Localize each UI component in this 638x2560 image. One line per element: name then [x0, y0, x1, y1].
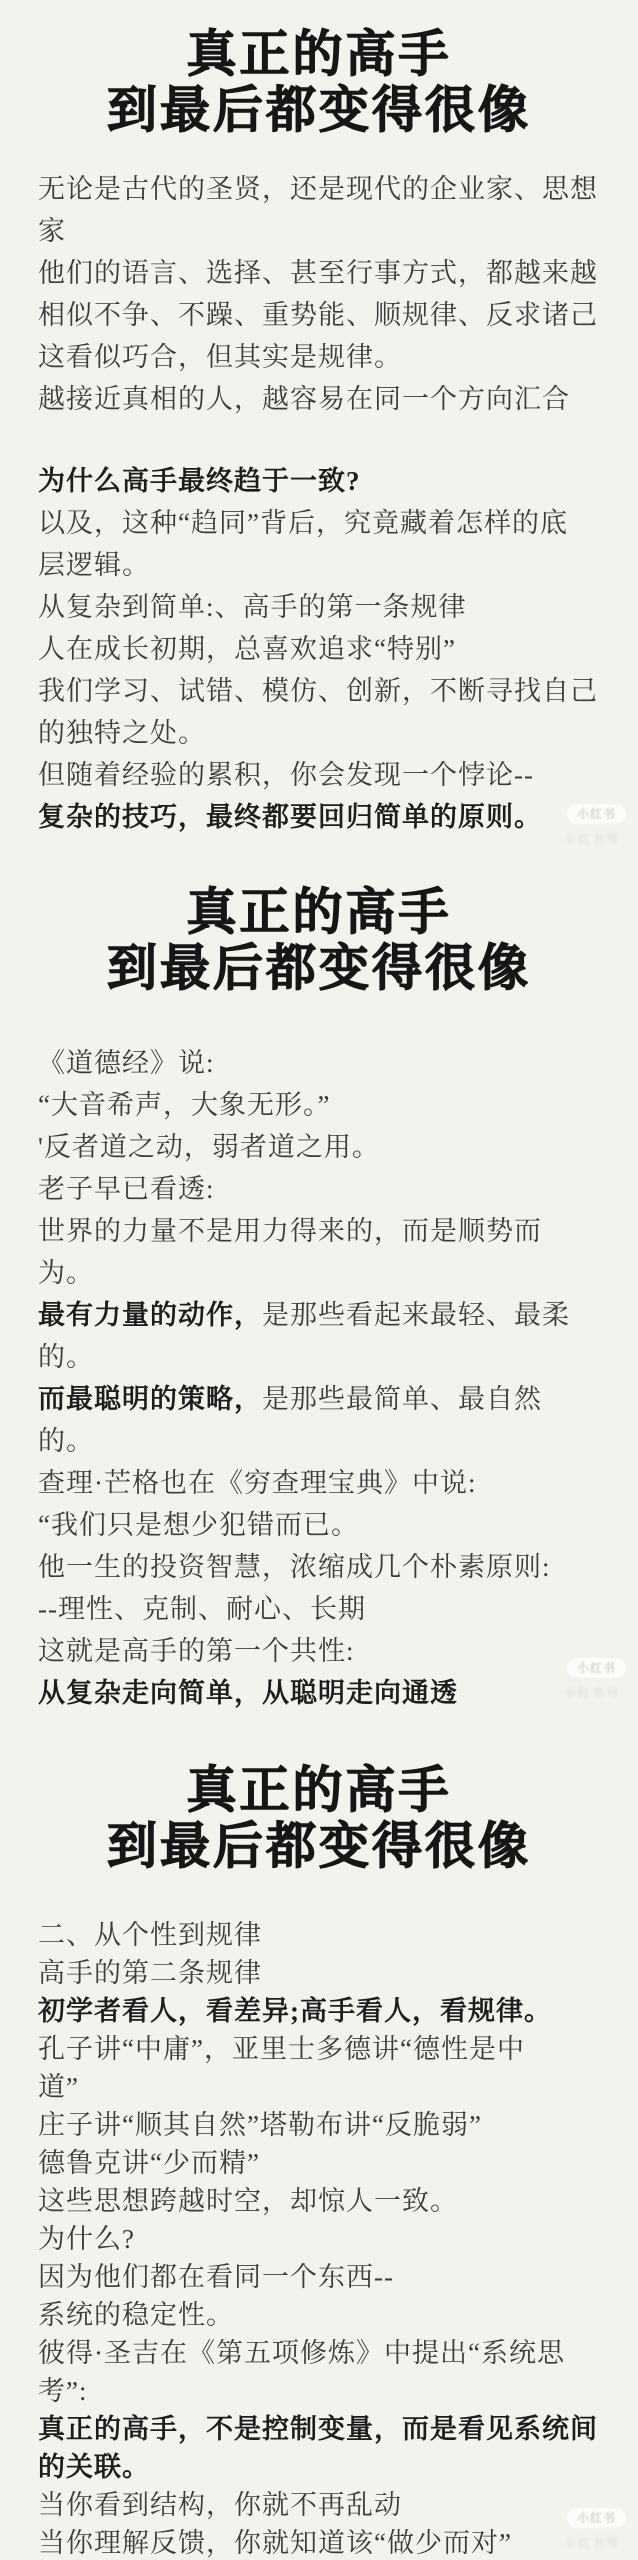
text-run: “我们只是想少犯错而已。: [38, 1510, 359, 1540]
text-run: 为什么高手最终趋于一致?: [38, 466, 361, 496]
text-line: 为。: [38, 1252, 600, 1294]
text-line: 彼得·圣吉在《第五项修炼》中提出“系统思: [38, 2334, 600, 2372]
text-run: 庄子讲“顺其自然”塔勒布讲“反脆弱”: [38, 2110, 482, 2140]
text-line: 庄子讲“顺其自然”塔勒布讲“反脆弱”: [38, 2106, 600, 2144]
title-line: 真正的高手: [0, 884, 638, 940]
title-line: 真正的高手: [0, 26, 638, 82]
text-line: 当你看到结构，你就不再乱动: [38, 2486, 600, 2524]
text-line: 初学者看人，看差异;高手看人，看规律。: [38, 1992, 600, 2030]
text-line: 老子早已看透:: [38, 1168, 600, 1210]
title-line: 到最后都变得很像: [0, 940, 638, 996]
text-run: 德鲁克讲“少而精”: [38, 2148, 260, 2178]
text-run: 世界的力量不是用力得来的，而是顺势而: [38, 1216, 542, 1246]
text-run: “大音希声，大象无形。”: [38, 1090, 330, 1120]
title-line: 到最后都变得很像: [0, 82, 638, 138]
section-body: 《道德经》说:“大音希声，大象无形。”'反者道之动，弱者道之用。老子早已看透:世…: [0, 1042, 638, 1714]
text-run: 《道德经》说:: [38, 1048, 215, 1078]
text-run: 越接近真相的人，越容易在同一个方向汇合: [38, 384, 570, 414]
text-line: 层逻辑。: [38, 544, 600, 586]
text-run: 相似不争、不躁、重势能、顺规律、反求诸己: [38, 300, 598, 330]
text-line: 家: [38, 210, 600, 252]
section-title: 真正的高手到最后都变得很像: [0, 1762, 638, 1874]
post-content: 真正的高手到最后都变得很像无论是古代的圣贤，还是现代的企业家、思想家他们的语言、…: [0, 0, 638, 2560]
text-run: 这看似巧合，但其实是规律。: [38, 342, 402, 372]
text-line: 为什么?: [38, 2220, 600, 2258]
section-2: 真正的高手到最后都变得很像《道德经》说:“大音希声，大象无形。”'反者道之动，弱…: [0, 884, 638, 1714]
section-body: 无论是古代的圣贤，还是现代的企业家、思想家他们的语言、选择、甚至行事方式，都越来…: [0, 168, 638, 838]
text-run: 我们学习、试错、模仿、创新，不断寻找自己: [38, 676, 598, 706]
text-run: 是那些最简单、最自然: [262, 1384, 542, 1414]
text-run: 当你理解反馈，你就知道该“做少而对”: [38, 2528, 512, 2558]
text-run: 从复杂走向简单，从聪明走向通透: [38, 1678, 458, 1708]
text-run: 初学者看人，看差异;高手看人，看规律。: [38, 1996, 552, 2026]
text-line: 《道德经》说:: [38, 1042, 600, 1084]
text-line: 为什么高手最终趋于一致?: [38, 460, 600, 502]
text-line: 道”: [38, 2068, 600, 2106]
text-run: 孔子讲“中庸”，亚里士多德讲“德性是中: [38, 2034, 525, 2064]
text-line: 真正的高手，不是控制变量，而是看见系统间: [38, 2410, 600, 2448]
text-run: 但随着经验的累积，你会发现一个悖论--: [38, 760, 534, 790]
text-run: 老子早已看透:: [38, 1174, 215, 1204]
text-run: 为。: [38, 1258, 94, 1288]
text-run: 二、从个性到规律: [38, 1920, 262, 1950]
text-run: 高手的第二条规律: [38, 1958, 262, 1988]
text-line: 这些思想跨越时空，却惊人一致。: [38, 2182, 600, 2220]
text-line: 当你理解反馈，你就知道该“做少而对”: [38, 2524, 600, 2560]
text-line: 这就是高手的第一个共性:: [38, 1630, 600, 1672]
text-line: 的。: [38, 1420, 600, 1462]
text-line: 他一生的投资智慧，浓缩成几个朴素原则:: [38, 1546, 600, 1588]
text-line: “我们只是想少犯错而已。: [38, 1504, 600, 1546]
text-line: '反者道之动，弱者道之用。: [38, 1126, 600, 1168]
text-run: 这就是高手的第一个共性:: [38, 1636, 355, 1666]
text-line: 但随着经验的累积，你会发现一个悖论--: [38, 754, 600, 796]
text-run: 他一生的投资智慧，浓缩成几个朴素原则:: [38, 1552, 551, 1582]
section-title: 真正的高手到最后都变得很像: [0, 884, 638, 996]
section-3: 真正的高手到最后都变得很像二、从个性到规律高手的第二条规律初学者看人，看差异;高…: [0, 1762, 638, 2560]
text-line: 的关联。: [38, 2448, 600, 2486]
text-line: 系统的稳定性。: [38, 2296, 600, 2334]
text-line: 他们的语言、选择、甚至行事方式，都越来越: [38, 252, 600, 294]
text-line: 而最聪明的策略，是那些最简单、最自然: [38, 1378, 600, 1420]
text-run: 彼得·圣吉在《第五项修炼》中提出“系统思: [38, 2338, 565, 2368]
text-line: 以及，这种“趋同”背后，究竟藏着怎样的底: [38, 502, 600, 544]
text-line: 孔子讲“中庸”，亚里士多德讲“德性是中: [38, 2030, 600, 2068]
text-line: 世界的力量不是用力得来的，而是顺势而: [38, 1210, 600, 1252]
text-run: 家: [38, 216, 66, 246]
text-run: 而最聪明的策略，: [38, 1384, 262, 1414]
text-run: 因为他们都在看同一个东西--: [38, 2262, 394, 2292]
text-run: 系统的稳定性。: [38, 2300, 234, 2330]
text-run: 的。: [38, 1342, 94, 1372]
text-line: 从复杂走向简单，从聪明走向通透: [38, 1672, 600, 1714]
text-line: 从复杂到简单:、高手的第一条规律: [38, 586, 600, 628]
text-line: “大音希声，大象无形。”: [38, 1084, 600, 1126]
text-run: 是那些看起来最轻、最柔: [262, 1300, 570, 1330]
text-run: --理性、克制、耐心、长期: [38, 1594, 366, 1624]
section-1: 真正的高手到最后都变得很像无论是古代的圣贤，还是现代的企业家、思想家他们的语言、…: [0, 0, 638, 838]
title-line: 到最后都变得很像: [0, 1818, 638, 1874]
text-line: 越接近真相的人，越容易在同一个方向汇合: [38, 378, 600, 420]
text-run: 真正的高手，不是控制变量，而是看见系统间: [38, 2414, 598, 2444]
text-run: 无论是古代的圣贤，还是现代的企业家、思想: [38, 174, 598, 204]
text-run: 这些思想跨越时空，却惊人一致。: [38, 2186, 458, 2216]
text-run: 以及，这种“趋同”背后，究竟藏着怎样的底: [38, 508, 568, 538]
text-run: 的独特之处。: [38, 718, 206, 748]
section-title: 真正的高手到最后都变得很像: [0, 0, 638, 138]
text-run: 为什么?: [38, 2224, 135, 2254]
text-line: 无论是古代的圣贤，还是现代的企业家、思想: [38, 168, 600, 210]
text-line: --理性、克制、耐心、长期: [38, 1588, 600, 1630]
text-run: 从复杂到简单:、高手的第一条规律: [38, 592, 467, 622]
text-line: 人在成长初期，总喜欢追求“特别”: [38, 628, 600, 670]
text-line: 的独特之处。: [38, 712, 600, 754]
text-run: 复杂的技巧，最终都要回归简单的原则。: [38, 802, 542, 832]
text-run: 层逻辑。: [38, 550, 150, 580]
text-line: 因为他们都在看同一个东西--: [38, 2258, 600, 2296]
text-run: 人在成长初期，总喜欢追求“特别”: [38, 634, 456, 664]
text-run: 道”: [38, 2072, 79, 2102]
text-line: 二、从个性到规律: [38, 1916, 600, 1954]
text-line: 的。: [38, 1336, 600, 1378]
page: 真正的高手到最后都变得很像无论是古代的圣贤，还是现代的企业家、思想家他们的语言、…: [0, 0, 638, 2560]
text-line: 我们学习、试错、模仿、创新，不断寻找自己: [38, 670, 600, 712]
text-run: 考”:: [38, 2376, 88, 2406]
text-line: 相似不争、不躁、重势能、顺规律、反求诸己: [38, 294, 600, 336]
text-run: '反者道之动，弱者道之用。: [38, 1132, 380, 1162]
text-run: 他们的语言、选择、甚至行事方式，都越来越: [38, 258, 598, 288]
section-body: 二、从个性到规律高手的第二条规律初学者看人，看差异;高手看人，看规律。孔子讲“中…: [0, 1916, 638, 2560]
text-run: 查理·芒格也在《穷查理宝典》中说:: [38, 1468, 477, 1498]
title-line: 真正的高手: [0, 1762, 638, 1818]
text-line: 查理·芒格也在《穷查理宝典》中说:: [38, 1462, 600, 1504]
text-run: 的关联。: [38, 2452, 150, 2482]
text-run: 当你看到结构，你就不再乱动: [38, 2490, 402, 2520]
text-run: 的。: [38, 1426, 94, 1456]
text-line: 考”:: [38, 2372, 600, 2410]
text-line: 最有力量的动作，是那些看起来最轻、最柔: [38, 1294, 600, 1336]
text-run: 最有力量的动作，: [38, 1300, 262, 1330]
text-line: 高手的第二条规律: [38, 1954, 600, 1992]
text-line: 这看似巧合，但其实是规律。: [38, 336, 600, 378]
text-line: 复杂的技巧，最终都要回归简单的原则。: [38, 796, 600, 838]
text-line: 德鲁克讲“少而精”: [38, 2144, 600, 2182]
